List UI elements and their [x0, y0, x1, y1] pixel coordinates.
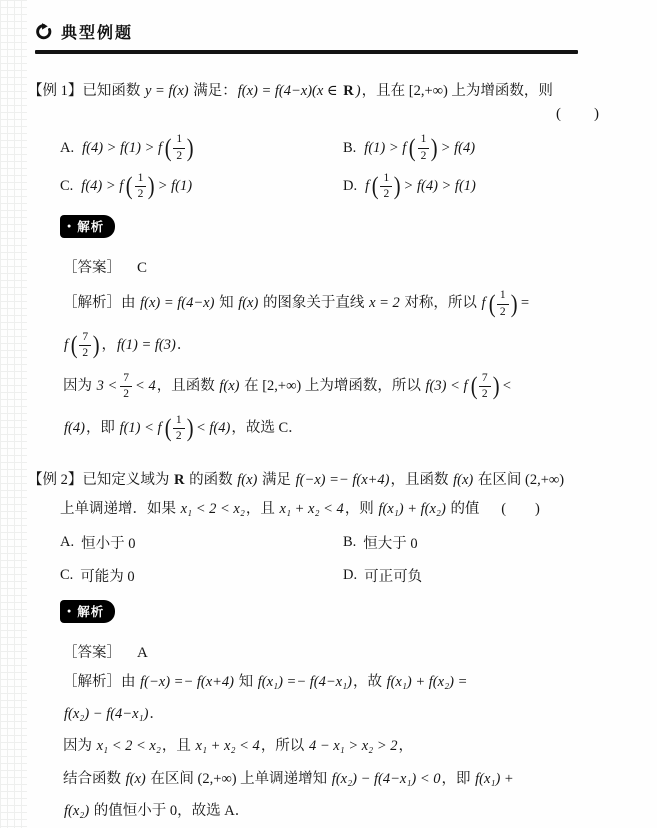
fraction: (12)	[408, 133, 438, 162]
option-b: B. f(1) > f(12)> f(4)	[343, 133, 604, 162]
option-label: D.	[343, 567, 357, 584]
text-run: 上单调递增知	[237, 771, 331, 787]
text-run: ( )	[479, 501, 539, 517]
option-label: C.	[60, 178, 73, 195]
text-run: f	[481, 295, 487, 311]
section-title: 典型例题	[61, 20, 133, 43]
graph-paper-margin	[0, 0, 27, 828]
analysis-badge: ● 解析	[60, 215, 115, 238]
text-run: 【例 1】已知函数	[28, 83, 144, 99]
option-text: 恒大于 0	[363, 532, 417, 553]
example-2-explanation: ［解析］由 f(−x) =− f(x+4) 知 f(x₁) =− f(4−x₁)…	[63, 671, 604, 823]
text-run: x₁ < 2 < x₂	[96, 738, 162, 754]
text-run: =	[519, 295, 531, 311]
option-b: B. 恒大于 0	[343, 532, 604, 553]
big-paren: )	[93, 333, 100, 358]
example-2-question-line-2: 上单调递增．如果 x₁ < 2 < x₂，且 x₁ + x₂ < 4，则 f(x…	[60, 498, 604, 520]
text-run: f(x) = f(4−x)	[139, 295, 215, 311]
numerator: 1	[135, 172, 147, 187]
option-d: D. 可正可负	[343, 565, 604, 586]
text-run: y = f(x)	[144, 83, 190, 99]
refresh-swirl-icon	[35, 23, 52, 40]
option-text: f(1) > f(12)> f(4)	[363, 133, 476, 162]
option-c: C. f(4) > f(12)> f(1)	[60, 172, 343, 201]
text-run: 上为增函数，则	[448, 83, 553, 99]
numerator: 1	[380, 172, 392, 187]
text-run: ．	[149, 706, 164, 722]
text-run: f(x)	[236, 472, 258, 488]
big-paren: )	[492, 374, 499, 399]
answer-label: ［答案］	[63, 260, 121, 276]
option-c: C. 可能为 0	[60, 565, 343, 586]
big-paren: )	[394, 174, 401, 199]
answer-value: A	[137, 645, 148, 661]
fraction-stack: 72	[120, 372, 132, 401]
text-run: ，	[399, 738, 414, 754]
text-run: ，且函数	[391, 472, 453, 488]
text-run: 对称，所以	[401, 295, 481, 311]
text-run: <	[501, 378, 513, 394]
denominator: 2	[176, 149, 182, 163]
text-run: 可正可负	[364, 569, 422, 585]
text-run: ，故选 C．	[231, 420, 302, 436]
option-text: 可正可负	[364, 565, 422, 586]
big-paren: (	[470, 374, 477, 399]
option-text: f(4) > f(1) > f(12)	[81, 133, 195, 162]
text-run: ，即	[441, 771, 474, 787]
text-run: 因为	[63, 738, 96, 754]
text-run: > f(4) > f(1)	[403, 178, 477, 194]
numerator: 1	[173, 414, 185, 429]
denominator: 2	[123, 387, 129, 401]
big-paren: (	[488, 292, 495, 317]
fraction: (12)	[164, 133, 194, 162]
text-run: f(4) > f(1) > f	[81, 140, 163, 156]
option-label: C.	[60, 567, 73, 584]
explanation-line: f(4)，即 f(1) < f(12)< f(4)，故选 C．	[63, 414, 604, 443]
text-run: f(x)	[237, 295, 259, 311]
fraction: 72	[119, 372, 133, 401]
big-paren: (	[409, 136, 416, 161]
denominator: 2	[82, 346, 88, 360]
text-run: f(x₂) − f(4−x₁) < 0	[331, 771, 442, 787]
text-run: R	[173, 472, 185, 488]
fraction-stack: 12	[418, 133, 430, 162]
big-paren: (	[165, 136, 172, 161]
text-run: f(x₁) + f(x₂)	[377, 501, 446, 517]
denominator: 2	[176, 429, 182, 443]
text-run: f(x₁) +	[474, 771, 515, 787]
text-run: 在	[240, 378, 262, 394]
denominator: 2	[138, 187, 144, 201]
example-1-question: 【例 1】已知函数 y = f(x) 满足：f(x) = f(4−x)(x ∈ …	[28, 80, 604, 102]
fraction-stack: 72	[79, 331, 91, 360]
denominator: 2	[500, 305, 506, 319]
fraction: (72)	[70, 331, 100, 360]
text-run: 4 − x₁ > x₂ > 2	[308, 738, 399, 754]
option-text: 恒小于 0	[81, 532, 135, 553]
text-run: 的值	[447, 501, 480, 517]
header-rule	[35, 50, 578, 54]
numerator: 7	[120, 372, 132, 387]
example-1-answer-line: ［答案］C	[63, 256, 604, 277]
text-run: 恒小于 0	[81, 536, 135, 552]
text-run: f(3) < f	[425, 378, 469, 394]
option-a: A. f(4) > f(1) > f(12)	[60, 133, 343, 162]
bullet-icon: ●	[67, 223, 72, 230]
text-run: f(x) = f(4−x)(x ∈	[237, 83, 343, 99]
text-run: f(x₁) =− f(4−x₁)	[257, 674, 353, 690]
big-paren: (	[126, 174, 133, 199]
text-run: [2,+∞)	[409, 83, 448, 99]
page-content: 典型例题 【例 1】已知函数 y = f(x) 满足：f(x) = f(4−x)…	[28, 12, 604, 828]
text-run: f(x)	[125, 771, 147, 787]
text-run: 满足	[258, 472, 294, 488]
text-run: )	[355, 83, 362, 99]
numerator: 1	[418, 133, 430, 148]
text-run: f(4)	[63, 420, 86, 436]
fraction-stack: 12	[173, 133, 185, 162]
text-run: 的图象关于直线	[259, 295, 368, 311]
text-run: 的值恒小于 0，故选 A．	[90, 803, 249, 819]
fraction: (12)	[125, 172, 155, 201]
explanation-line: f(x₂) − f(4−x₁)．	[63, 703, 604, 726]
text-run: (2,+∞)	[198, 771, 237, 787]
fraction: (12)	[488, 289, 518, 318]
text-run: f(1) > f	[363, 140, 407, 156]
text-run: f(1) = f(3)	[116, 337, 177, 353]
option-text: f(12)> f(4) > f(1)	[364, 172, 477, 201]
option-label: D.	[343, 178, 357, 195]
numerator: 1	[173, 133, 185, 148]
text-run: ，则	[345, 501, 378, 517]
analysis-badge-label: 解析	[77, 217, 104, 235]
fraction-stack: 72	[479, 372, 491, 401]
numerator: 1	[497, 289, 509, 304]
text-run: ，所以	[261, 738, 308, 754]
text-run: f(x₂) − f(4−x₁)	[63, 706, 149, 722]
text-run: f(x₂)	[63, 803, 90, 819]
text-run: 在区间	[474, 472, 525, 488]
text-run: f(x)	[452, 472, 474, 488]
text-run: 3 <	[96, 378, 119, 394]
text-run: < f(4)	[195, 420, 231, 436]
text-run: < 4	[134, 378, 157, 394]
text-run: 上单调递增．如果	[60, 501, 180, 517]
text-run: 的函数	[185, 472, 236, 488]
explanation-line: ［解析］由 f(−x) =− f(x+4) 知 f(x₁) =− f(4−x₁)…	[63, 671, 604, 694]
text-run: ，且	[246, 501, 279, 517]
text-run: f(4) > f	[80, 178, 124, 194]
option-label: B.	[343, 140, 356, 157]
text-run: 【例 2】已知定义域为	[28, 472, 173, 488]
example-2: 【例 2】已知定义域为 R 的函数 f(x) 满足 f(−x) =− f(x+4…	[28, 469, 604, 823]
text-run: f	[364, 178, 370, 194]
textbook-page: 典型例题 【例 1】已知函数 y = f(x) 满足：f(x) = f(4−x)…	[0, 0, 657, 828]
text-run: 结合函数	[63, 771, 125, 787]
fraction: (72)	[470, 372, 500, 401]
text-run: f(−x) =− f(x+4)	[295, 472, 391, 488]
text-run: ，且函数	[157, 378, 219, 394]
big-paren: )	[510, 292, 517, 317]
example-1: 【例 1】已知函数 y = f(x) 满足：f(x) = f(4−x)(x ∈ …	[28, 80, 604, 443]
explanation-line: 因为 3 <72< 4，且函数 f(x) 在 [2,+∞) 上为增函数，所以 f…	[63, 372, 604, 401]
big-paren: (	[372, 174, 379, 199]
analysis-badge: ● 解析	[60, 600, 115, 623]
text-run: > f(1)	[157, 178, 193, 194]
text-run: (2,+∞)	[525, 472, 564, 488]
big-paren: (	[164, 416, 171, 441]
explanation-line: ［解析］由 f(x) = f(4−x) 知 f(x) 的图象关于直线 x = 2…	[63, 289, 604, 318]
example-1-explanation: ［解析］由 f(x) = f(4−x) 知 f(x) 的图象关于直线 x = 2…	[63, 289, 604, 443]
text-run: x₁ < 2 < x₂	[180, 501, 246, 517]
text-run: ，且	[162, 738, 195, 754]
example-1-options: A. f(4) > f(1) > f(12) B. f(1) > f(12)> …	[60, 133, 604, 201]
text-run: x₁ + x₂ < 4	[195, 738, 261, 754]
text-run: 上为增函数，所以	[301, 378, 424, 394]
text-run: R	[342, 83, 354, 99]
explanation-line: f(72)，f(1) = f(3)．	[63, 331, 604, 360]
explanation-line: f(x₂) 的值恒小于 0，故选 A．	[63, 800, 604, 823]
text-run: ，	[101, 337, 116, 353]
text-run: 因为	[63, 378, 96, 394]
text-run: ，即	[86, 420, 119, 436]
text-run: ．	[177, 337, 192, 353]
option-label: A.	[60, 140, 74, 157]
text-run: 知	[235, 674, 257, 690]
fraction-stack: 12	[380, 172, 392, 201]
example-2-question-line-1: 【例 2】已知定义域为 R 的函数 f(x) 满足 f(−x) =− f(x+4…	[28, 469, 604, 491]
analysis-badge-label: 解析	[77, 602, 104, 620]
text-run: f(1) < f	[119, 420, 163, 436]
text-run: f(x)	[218, 378, 240, 394]
text-run: x₁ + x₂ < 4	[279, 501, 345, 517]
example-1-answer-blank: ( )	[28, 106, 600, 123]
numerator: 7	[479, 372, 491, 387]
text-run: 在区间	[147, 771, 198, 787]
answer-label: ［答案］	[63, 645, 121, 661]
big-paren: )	[148, 174, 155, 199]
bullet-icon: ●	[67, 608, 72, 615]
text-run: 恒大于 0	[363, 536, 417, 552]
big-paren: )	[187, 136, 194, 161]
fraction: (12)	[371, 172, 401, 201]
option-d: D. f(12)> f(4) > f(1)	[343, 172, 604, 201]
example-2-answer-line: ［答案］A	[63, 641, 604, 662]
denominator: 2	[482, 387, 488, 401]
big-paren: (	[71, 333, 78, 358]
text-run: f(x₁) + f(x₂) =	[386, 674, 469, 690]
example-2-options: A. 恒小于 0 B. 恒大于 0 C. 可能为 0 D. 可正可负	[60, 532, 604, 586]
text-run: ［解析］由	[63, 295, 139, 311]
numerator: 7	[79, 331, 91, 346]
text-run: f(−x) =− f(x+4)	[139, 674, 235, 690]
big-paren: )	[186, 416, 193, 441]
text-run: ，且在	[362, 83, 409, 99]
explanation-line: 因为 x₁ < 2 < x₂，且 x₁ + x₂ < 4，所以 4 − x₁ >…	[63, 735, 604, 758]
denominator: 2	[383, 187, 389, 201]
option-label: A.	[60, 534, 74, 551]
option-a: A. 恒小于 0	[60, 532, 343, 553]
fraction-stack: 12	[135, 172, 147, 201]
text-run: ［解析］由	[63, 674, 139, 690]
text-run: 可能为 0	[80, 569, 134, 585]
answer-value: C	[137, 260, 147, 276]
fraction: (12)	[164, 414, 194, 443]
option-label: B.	[343, 534, 356, 551]
option-text: f(4) > f(12)> f(1)	[80, 172, 193, 201]
denominator: 2	[421, 149, 427, 163]
text-run: [2,+∞)	[262, 378, 301, 394]
text-run: x = 2	[368, 295, 401, 311]
text-run: ，故	[353, 674, 386, 690]
text-run: f	[63, 337, 69, 353]
text-run: > f(4)	[440, 140, 476, 156]
fraction-stack: 12	[173, 414, 185, 443]
big-paren: )	[431, 136, 438, 161]
text-run: 知	[215, 295, 237, 311]
fraction-stack: 12	[497, 289, 509, 318]
section-header: 典型例题	[28, 20, 604, 43]
text-run: 满足：	[190, 83, 237, 99]
explanation-line: 结合函数 f(x) 在区间 (2,+∞) 上单调递增知 f(x₂) − f(4−…	[63, 768, 604, 791]
option-text: 可能为 0	[80, 565, 134, 586]
